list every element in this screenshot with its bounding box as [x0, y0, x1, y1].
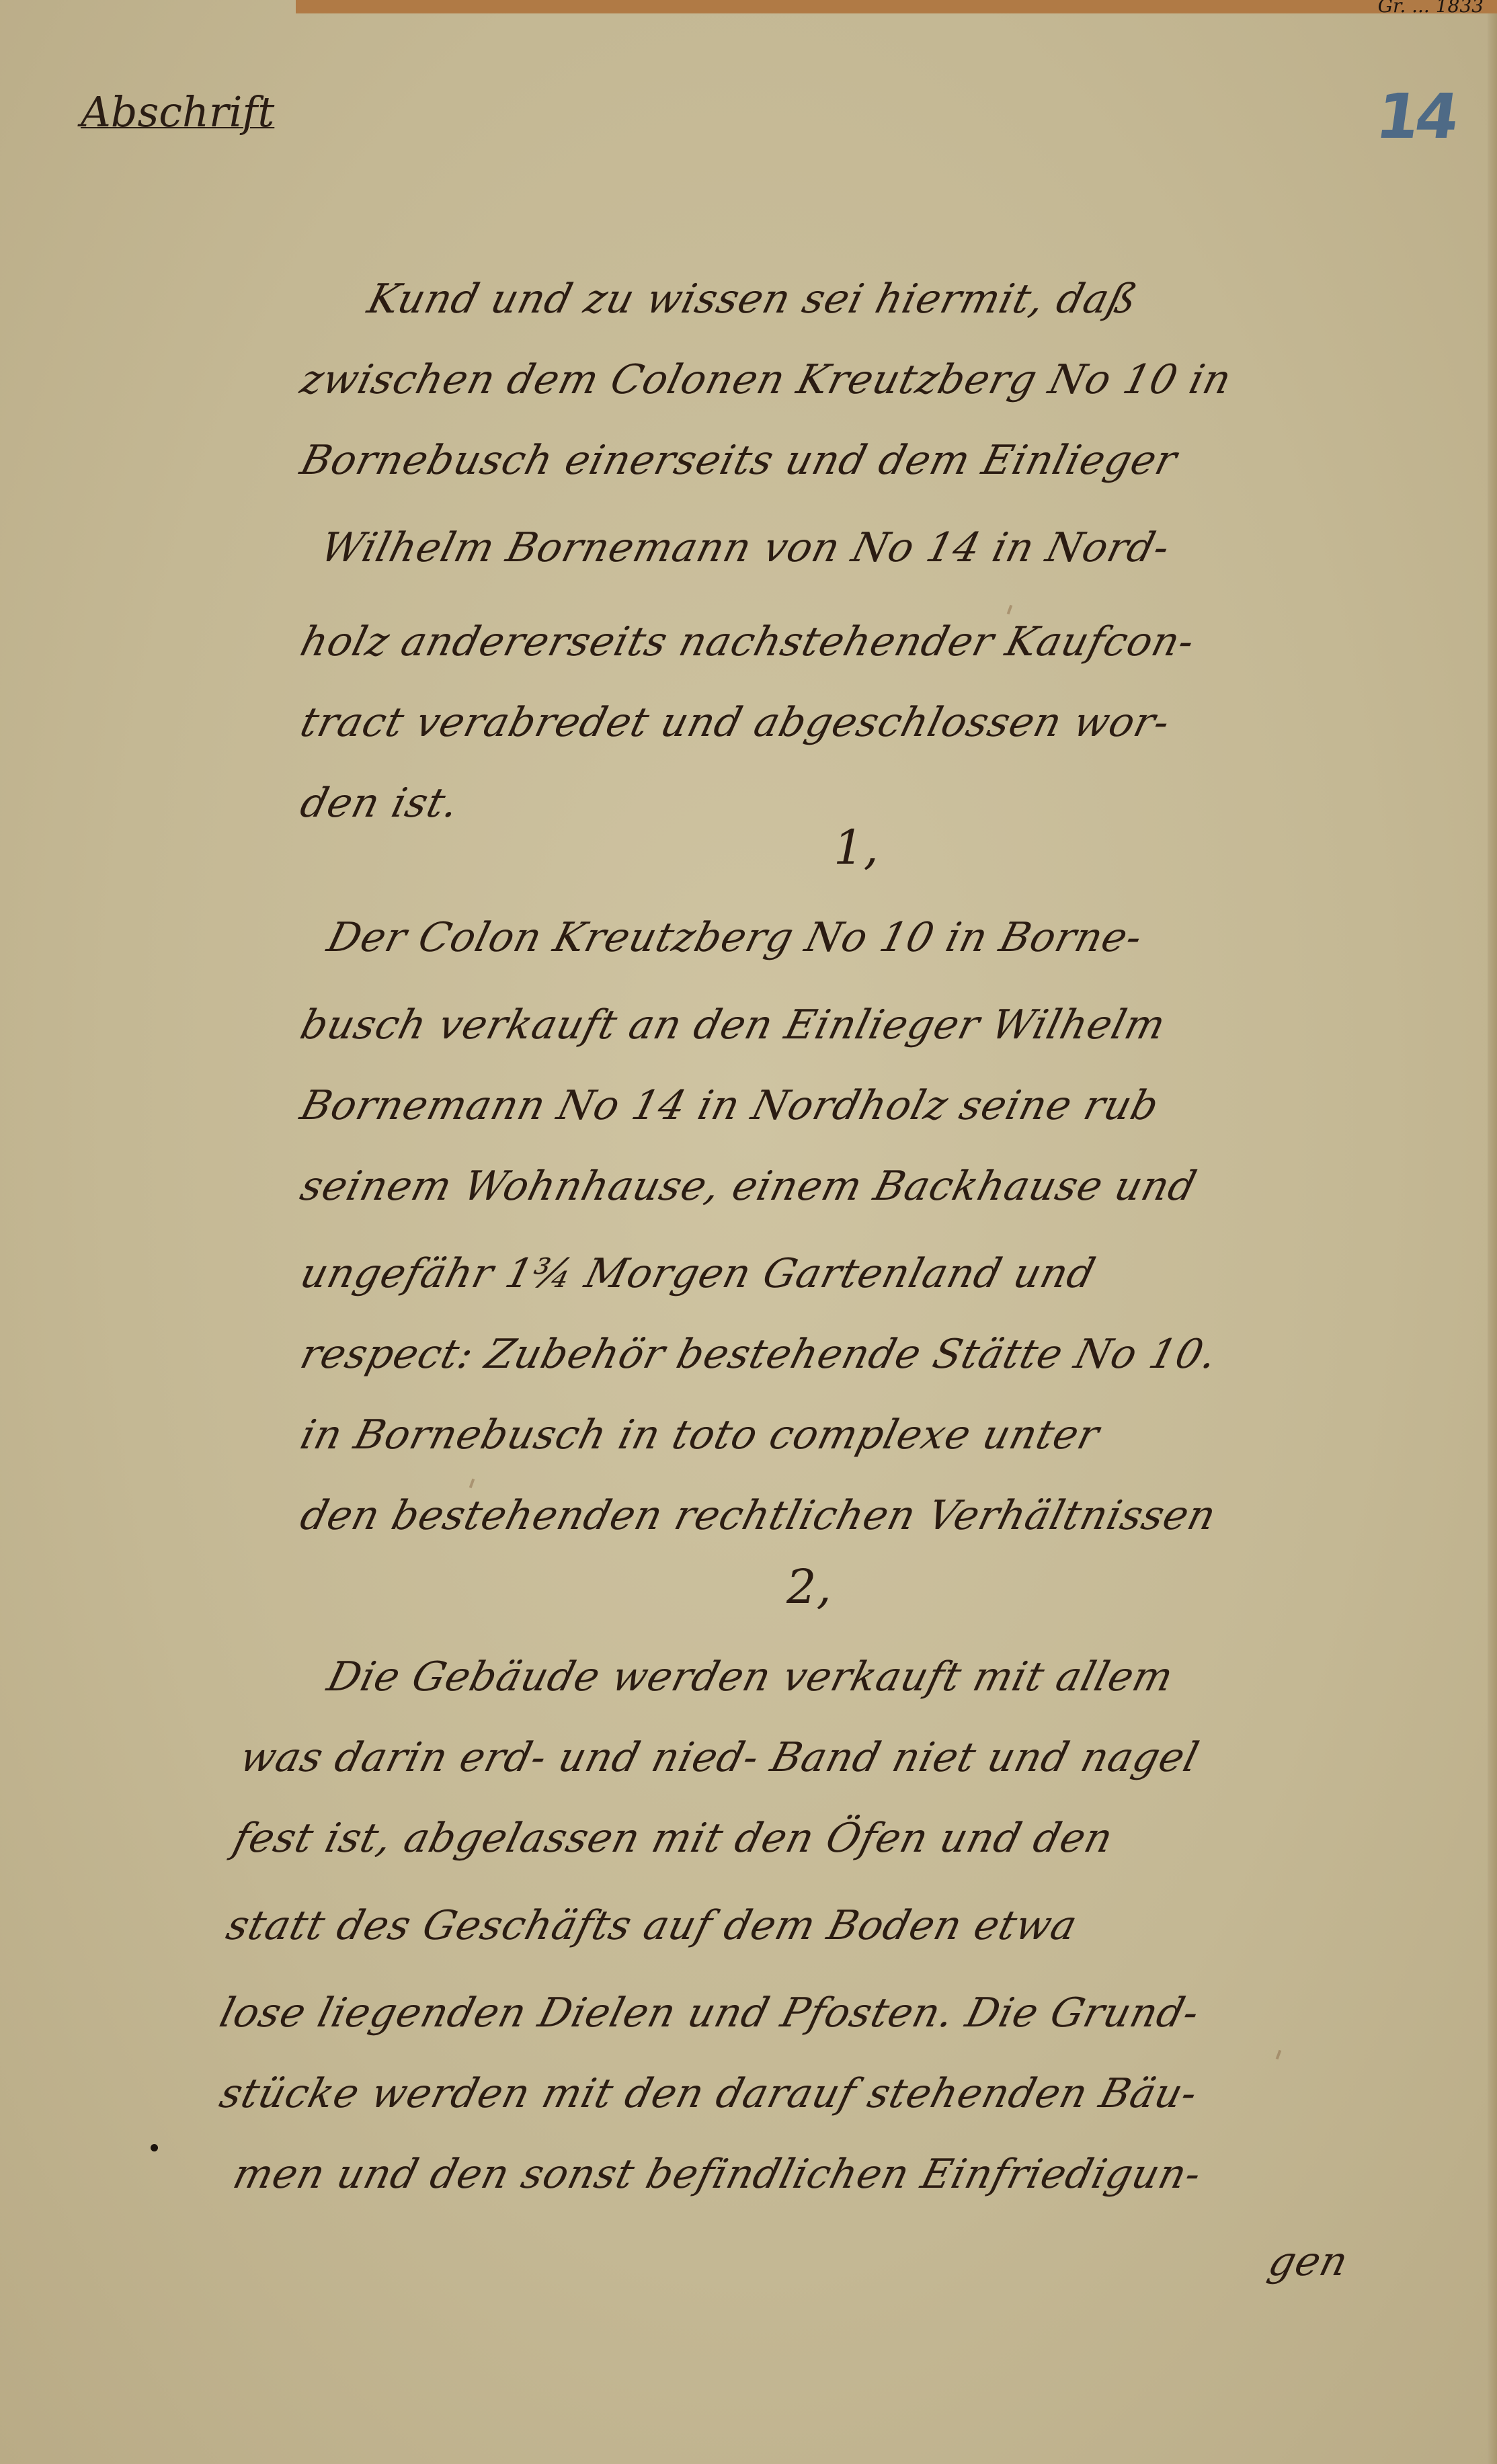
document-heading: Abschrift — [81, 87, 274, 136]
manuscript-line: men und den sonst befindlichen Einfriedi… — [229, 2151, 1497, 2198]
folio-number: 14 — [1371, 81, 1459, 153]
manuscript-line: ungefähr 1¾ Morgen Gartenland und — [296, 1250, 1497, 1297]
top-strip-text: Gr. ... 1833 — [1378, 0, 1484, 17]
manuscript-line: Kund und zu wissen sei hiermit, daß — [363, 276, 1497, 323]
manuscript-line: was darin erd- und nied- Band niet und n… — [235, 1734, 1497, 1781]
manuscript-line: fest ist, abgelassen mit den Öfen und de… — [229, 1815, 1497, 1862]
section-number: 2, — [786, 1559, 832, 1614]
manuscript-line: Bornebusch einerseits und dem Einlieger — [296, 437, 1497, 484]
manuscript-line: Bornemann No 14 in Nordholz seine rub — [296, 1082, 1497, 1129]
manuscript-line: den ist. — [296, 780, 1497, 827]
manuscript-line: Die Gebäude werden verkauft mit allem — [323, 1653, 1497, 1700]
manuscript-line: den bestehenden rechtlichen Verhältnisse… — [296, 1492, 1497, 1539]
manuscript-line: Wilhelm Bornemann von No 14 in Nord- — [316, 524, 1497, 571]
manuscript-line: Der Colon Kreutzberg No 10 in Borne- — [323, 914, 1497, 961]
manuscript-line: stücke werden mit den darauf stehenden B… — [215, 2070, 1497, 2117]
manuscript-page: Gr. ... 1833 Abschrift 14 Kund und zu wi… — [0, 0, 1497, 2464]
manuscript-line: respect: Zubehör bestehende Stätte No 10… — [296, 1331, 1497, 1378]
paper-speck — [1007, 605, 1013, 615]
manuscript-line: holz andererseits nachstehender Kaufcon- — [296, 618, 1497, 665]
manuscript-line: statt des Geschäfts auf dem Boden etwa — [222, 1902, 1497, 1949]
manuscript-line: gen — [1264, 2238, 1497, 2285]
manuscript-line: zwischen dem Colonen Kreutzberg No 10 in — [296, 356, 1497, 403]
paper-speck — [469, 1479, 475, 1489]
manuscript-line: lose liegenden Dielen und Pfosten. Die G… — [215, 1989, 1497, 2037]
manuscript-line: busch verkauft an den Einlieger Wilhelm — [296, 1001, 1497, 1049]
paper-speck — [1276, 2050, 1282, 2060]
manuscript-line: tract verabredet und abgeschlossen wor- — [296, 699, 1497, 746]
manuscript-line: seinem Wohnhause, einem Backhause und — [296, 1163, 1497, 1210]
manuscript-line: in Bornebusch in toto complexe unter — [296, 1411, 1497, 1459]
section-number: 1, — [834, 820, 879, 875]
top-paper-strip: Gr. ... 1833 — [296, 0, 1497, 13]
ink-dot — [151, 2144, 158, 2151]
